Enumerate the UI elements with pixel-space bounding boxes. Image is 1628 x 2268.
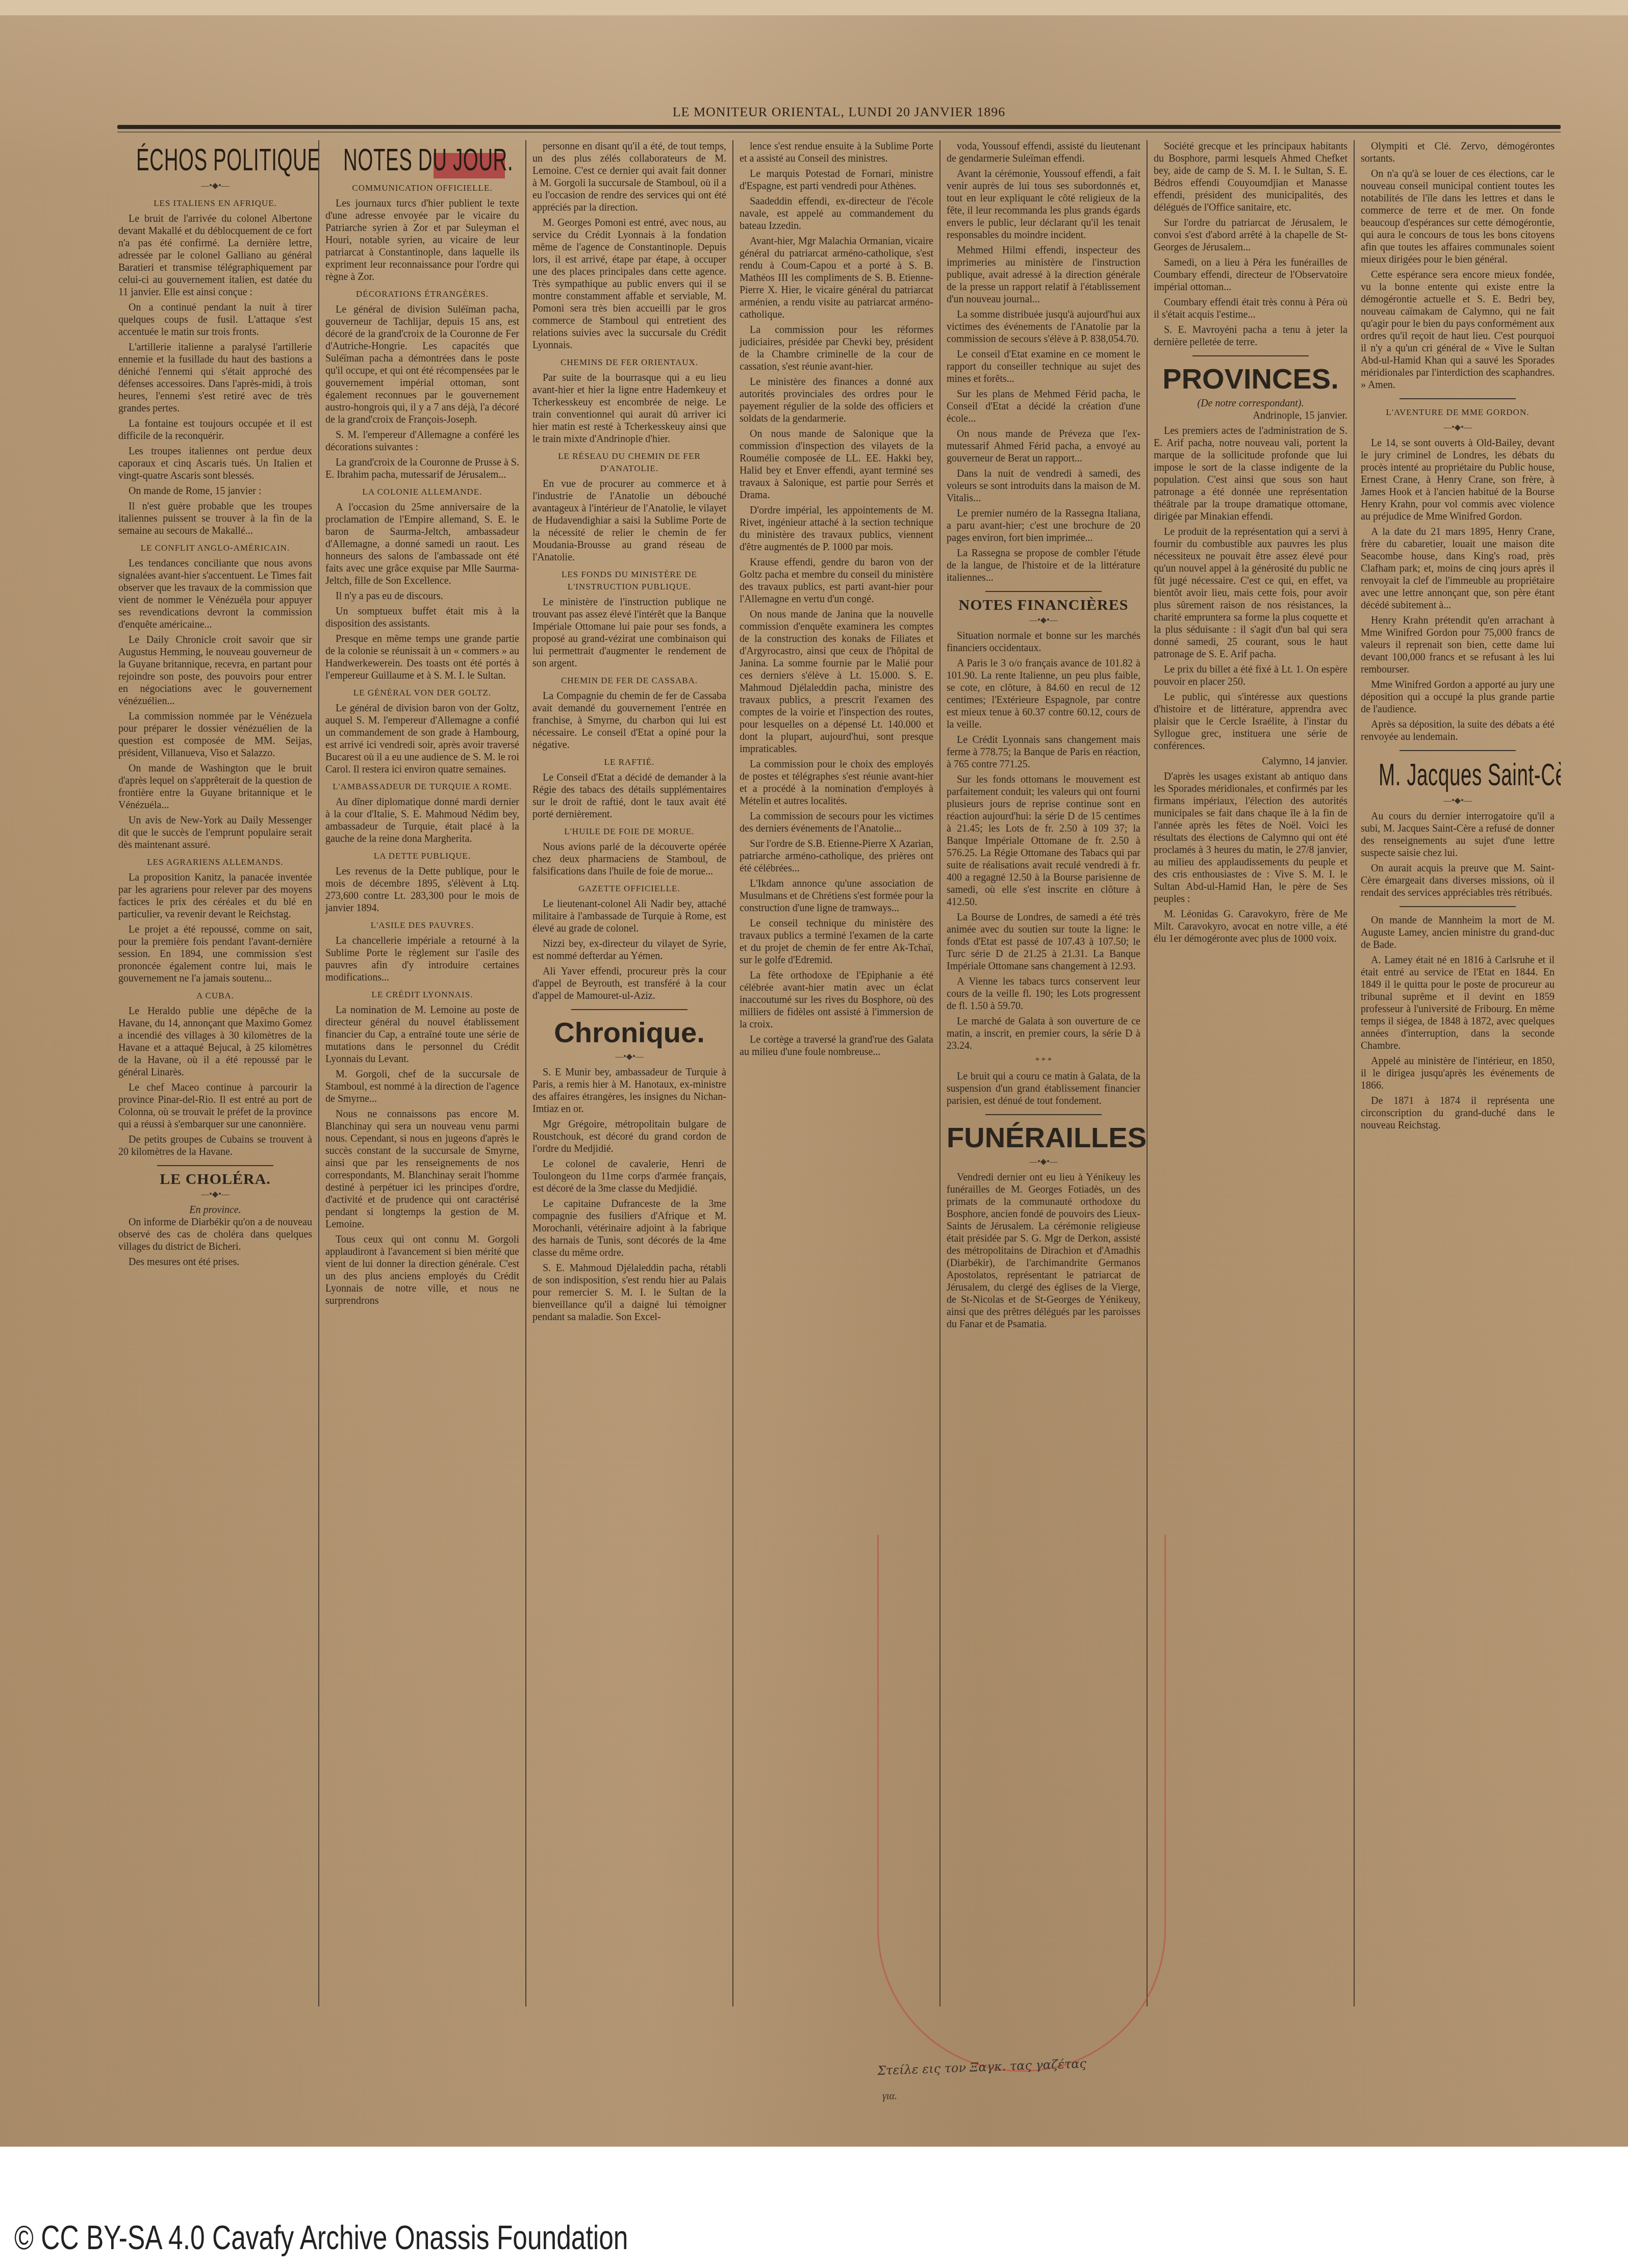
subheading: COMMUNICATION OFFICIELLE. bbox=[325, 182, 519, 194]
section-divider bbox=[157, 1165, 273, 1166]
byline: (De notre correspondant). bbox=[1154, 397, 1347, 409]
column-7: Olympiti et Clé. Zervo, démogérontes sor… bbox=[1354, 140, 1561, 2006]
section-title: NOTES DU JOUR. bbox=[343, 143, 501, 177]
columns: ÉCHOS POLITIQUES—•◆•—LES ITALIENS EN AFR… bbox=[112, 140, 1561, 2006]
paragraph: Situation normale et bonne sur les march… bbox=[947, 630, 1140, 654]
paragraph: Les tendances conciliante que nous avons… bbox=[118, 557, 312, 631]
paragraph: Le prix du billet a été fixé à Lt. 1. On… bbox=[1154, 663, 1347, 688]
subheading: LE CRÉDIT LYONNAIS. bbox=[325, 989, 519, 1001]
paragraph: voda, Youssouf effendi, assisté du lieut… bbox=[947, 140, 1140, 165]
subheading: LE GÉNÉRAL VON DER GOLTZ. bbox=[325, 687, 519, 699]
dateline: Calymno, 14 janvier. bbox=[1154, 755, 1347, 767]
section-divider bbox=[1400, 398, 1516, 399]
paragraph: Le bruit de l'arrivée du colonel Alberto… bbox=[118, 213, 312, 298]
paragraph: Le Crédit Lyonnais sans changement mais … bbox=[947, 734, 1140, 770]
ornament: —•◆•— bbox=[532, 1051, 726, 1063]
ornament: —•◆•— bbox=[947, 614, 1140, 627]
header-rule bbox=[117, 125, 1561, 129]
paragraph: On aurait acquis la preuve que M. Saint-… bbox=[1361, 862, 1555, 899]
subheading: L'ASILE DES PAUVRES. bbox=[325, 919, 519, 932]
paragraph: Tous ceux qui ont connu M. Gorgoli appla… bbox=[325, 1233, 519, 1307]
paragraph: Vendredi dernier ont eu lieu à Yénikeuy … bbox=[947, 1171, 1140, 1330]
paragraph: En vue de procurer au commerce et à l'in… bbox=[532, 478, 726, 563]
section-title: PROVINCES. bbox=[1154, 364, 1347, 394]
paragraph: La commission de secours pour les victim… bbox=[740, 810, 933, 835]
paragraph: Samedi, on a lieu à Péra les funérailles… bbox=[1154, 256, 1347, 293]
ornament: —•◆•— bbox=[947, 1156, 1140, 1168]
section-title: LE CHOLÉRA. bbox=[118, 1173, 312, 1185]
subheading: CHEMIN DE FER DE CASSABA. bbox=[532, 675, 726, 687]
paragraph: Nizzi bey, ex-directeur du vilayet de Sy… bbox=[532, 938, 726, 962]
paragraph: La somme distribuée jusqu'à aujourd'hui … bbox=[947, 308, 1140, 345]
paragraph: Ali Yaver effendi, procureur près la cou… bbox=[532, 965, 726, 1002]
paragraph: Un avis de New-York au Daily Messenger d… bbox=[118, 814, 312, 851]
red-pencil-mark bbox=[877, 1535, 1166, 2072]
paragraph: Au dîner diplomatique donné mardi dernie… bbox=[325, 796, 519, 845]
paragraph: A Paris le 3 o/o français avance de 101.… bbox=[947, 657, 1140, 731]
paragraph: Sur les fonds ottomans le mouvement est … bbox=[947, 774, 1140, 908]
paragraph: Le bruit qui a couru ce matin à Galata, … bbox=[947, 1070, 1140, 1107]
paragraph: D'ordre impérial, les appointements de M… bbox=[740, 504, 933, 553]
column-6: Société grecque et les principaux habita… bbox=[1147, 140, 1354, 2006]
paragraph: Cette espérance sera encore mieux fondée… bbox=[1361, 269, 1555, 391]
paragraph: Le marquis Potestad de Fornari, ministre… bbox=[740, 168, 933, 192]
subheading: LES FONDS DU MINISTÈRE DE L'INSTRUCTION … bbox=[532, 569, 726, 593]
paragraph: Nous avions parlé de la découverte opéré… bbox=[532, 841, 726, 878]
section-divider bbox=[1400, 906, 1516, 907]
column-2: NOTES DU JOUR.COMMUNICATION OFFICIELLE.L… bbox=[318, 140, 525, 2006]
paragraph: La fontaine est toujours occupée et il e… bbox=[118, 418, 312, 442]
paragraph: La Bourse de Londres, de samedi a été tr… bbox=[947, 911, 1140, 972]
paragraph: Le lieutenant-colonel Ali Nadir bey, att… bbox=[532, 898, 726, 935]
paragraph: Sur l'ordre de S.B. Etienne-Pierre X Aza… bbox=[740, 838, 933, 874]
subheading: GAZETTE OFFICIELLE. bbox=[532, 883, 726, 895]
subheading: CHEMINS DE FER ORIENTAUX. bbox=[532, 356, 726, 369]
paragraph: Le premier numéro de la Rassegna Italian… bbox=[947, 507, 1140, 544]
paragraph: Saadeddin effendi, ex-directeur de l'éco… bbox=[740, 195, 933, 232]
paragraph: personne en disant qu'il a été, de tout … bbox=[532, 140, 726, 214]
paragraph: Par suite de la bourrasque qui a eu lieu… bbox=[532, 372, 726, 445]
column-3: personne en disant qu'il a été, de tout … bbox=[525, 140, 732, 2006]
paragraph: Société grecque et les principaux habita… bbox=[1154, 140, 1347, 214]
paragraph: Mme Winifred Gordon a apporté au jury un… bbox=[1361, 679, 1555, 715]
section-title: ÉCHOS POLITIQUES bbox=[136, 143, 294, 177]
paragraph: D'après les usages existant ab antiquo d… bbox=[1154, 770, 1347, 905]
paragraph: Il n'y a pas eu de discours. bbox=[325, 590, 519, 602]
paragraph: Coumbary effendi était très connu à Péra… bbox=[1154, 296, 1347, 321]
paragraph: Le Daily Chronicle croit savoir que sir … bbox=[118, 634, 312, 707]
paragraph: Des mesures ont été prises. bbox=[118, 1256, 312, 1268]
paragraph: La Compagnie du chemin de fer de Cassaba… bbox=[532, 690, 726, 751]
section-divider bbox=[1192, 355, 1309, 356]
paragraph: Le général de division baron von der Gol… bbox=[325, 702, 519, 776]
paragraph: Un somptueux buffet était mis à la dispo… bbox=[325, 605, 519, 630]
subheading: L'HUILE DE FOIE DE MORUE. bbox=[532, 826, 726, 838]
paragraph: Nous ne connaissons pas encore M. Blanch… bbox=[325, 1108, 519, 1230]
paragraph: Le capitaine Dufranceste de la 3me compa… bbox=[532, 1198, 726, 1259]
paragraph: Sur les plans de Mehmed Férid pacha, le … bbox=[947, 388, 1140, 425]
paragraph: De 1871 à 1874 il représenta une circons… bbox=[1361, 1095, 1555, 1131]
paragraph: Le Conseil d'Etat a décidé de demander à… bbox=[532, 771, 726, 820]
paragraph: Dans la nuit de vendredi à samedi, des v… bbox=[947, 468, 1140, 504]
paragraph: Le chef Maceo continue à parcourir la pr… bbox=[118, 1081, 312, 1130]
ornament: —•◆•— bbox=[118, 180, 312, 192]
paragraph: On mande de Mannheim la mort de M. Augus… bbox=[1361, 914, 1555, 951]
byline: En province. bbox=[118, 1204, 312, 1216]
subheading: LE CONFLIT ANGLO-AMÉRICAIN. bbox=[118, 542, 312, 554]
handwritten-note-2: για. bbox=[882, 2091, 897, 2102]
paragraph: Avant la cérémonie, Youssouf effendi, a … bbox=[947, 168, 1140, 241]
newspaper-page: LE MONITEUR ORIENTAL, LUNDI 20 JANVIER 1… bbox=[0, 0, 1628, 2147]
paragraph: On informe de Diarbékir qu'on a de nouve… bbox=[118, 1216, 312, 1253]
paragraph: Le projet a été repoussé, comme on sait,… bbox=[118, 923, 312, 985]
paragraph: Le produit de la représentation qui a se… bbox=[1154, 526, 1347, 660]
paragraph: On nous mande de Janina que la nouvelle … bbox=[740, 608, 933, 755]
paragraph: L'Ikdam annonce qu'une association de Mu… bbox=[740, 878, 933, 914]
column-1: ÉCHOS POLITIQUES—•◆•—LES ITALIENS EN AFR… bbox=[112, 140, 318, 2006]
paragraph: A Vienne les tabacs turcs conservent leu… bbox=[947, 975, 1140, 1012]
masthead: LE MONITEUR ORIENTAL, LUNDI 20 JANVIER 1… bbox=[117, 105, 1561, 120]
dateline: Andrinople, 15 janvier. bbox=[1154, 409, 1347, 422]
subheading: L'AMBASSADEUR DE TURQUIE A ROME. bbox=[325, 781, 519, 793]
paragraph: Les revenus de la Dette publique, pour l… bbox=[325, 865, 519, 914]
paragraph: Le Heraldo publie une dépêche de la Hava… bbox=[118, 1005, 312, 1078]
paragraph: L'artillerie italienne a paralysé l'arti… bbox=[118, 341, 312, 415]
paragraph: On mande de Rome, 15 janvier : bbox=[118, 485, 312, 497]
section-divider bbox=[571, 1009, 688, 1010]
paragraph: Avant-hier, Mgr Malachia Ormanian, vicai… bbox=[740, 235, 933, 321]
paragraph: Appelé au ministère de l'intérieur, en 1… bbox=[1361, 1055, 1555, 1092]
paragraph: Le général de division Suléïman pacha, g… bbox=[325, 303, 519, 426]
section-title: NOTES FINANCIÈRES bbox=[947, 599, 1140, 611]
paragraph: lence s'est rendue ensuite à la Sublime … bbox=[740, 140, 933, 165]
paragraph: Le marché de Galata à son ouverture de c… bbox=[947, 1015, 1140, 1052]
paragraph: La commission nommée par le Vénézuela po… bbox=[118, 710, 312, 759]
section-divider bbox=[985, 591, 1102, 592]
ornament: —•◆•— bbox=[118, 1189, 312, 1201]
subheading: LES AGRARIENS ALLEMANDS. bbox=[118, 856, 312, 868]
paragraph: Krause effendi, gendre du baron von der … bbox=[740, 556, 933, 605]
copyright-footer: © CC BY-SA 4.0 Cavafy Archive Onassis Fo… bbox=[14, 2218, 628, 2257]
paper-top-edge bbox=[0, 0, 1628, 15]
section-title: M. Jacques Saint-Cère. bbox=[1379, 758, 1537, 792]
subheading: L'AVENTURE DE Mme GORDON. bbox=[1361, 406, 1555, 419]
header-rule-thin bbox=[117, 132, 1561, 133]
paragraph: S. M. l'empereur d'Allemagne a conféré l… bbox=[325, 429, 519, 453]
paragraph: La commission pour le choix des employés… bbox=[740, 758, 933, 807]
ornament: * * * bbox=[947, 1055, 1140, 1067]
paragraph: Les troupes italiennes ont perdue deux c… bbox=[118, 445, 312, 482]
subheading: LE RAFTIÉ. bbox=[532, 756, 726, 768]
ornament: —•◆•— bbox=[1361, 795, 1555, 807]
ornament: —•◆•— bbox=[1361, 422, 1555, 434]
paragraph: Les journaux turcs d'hier publient le te… bbox=[325, 197, 519, 283]
paragraph: A la date du 21 mars 1895, Henry Crane, … bbox=[1361, 526, 1555, 611]
handwritten-note: Στείλε εις τον Ξαγκ. τας γαζέτας bbox=[877, 2056, 1087, 2078]
paragraph: Le public, qui s'intéresse aux questions… bbox=[1154, 691, 1347, 752]
paragraph: La Rassegna se propose de combler l'étud… bbox=[947, 547, 1140, 584]
section-divider bbox=[1400, 750, 1516, 751]
paragraph: Le cortège a traversé la grand'rue des G… bbox=[740, 1034, 933, 1058]
paragraph: De petits groupes de Cubains se trouvent… bbox=[118, 1133, 312, 1158]
paragraph: A. Lamey était né en 1816 à Carlsruhe et… bbox=[1361, 954, 1555, 1052]
section-title: Chronique. bbox=[532, 1017, 726, 1048]
paragraph: S. E. Mavroyéni pacha a tenu à jeter la … bbox=[1154, 324, 1347, 348]
paragraph: Au cours du dernier interrogatoire qu'il… bbox=[1361, 810, 1555, 859]
paragraph: S. E Munir bey, ambassadeur de Turquie à… bbox=[532, 1066, 726, 1115]
section-title: FUNÉRAILLES bbox=[947, 1122, 1140, 1153]
paragraph: Sur l'ordre du patriarcat de Jérusalem, … bbox=[1154, 217, 1347, 253]
paragraph: M. Gorgoli, chef de la succursale de Sta… bbox=[325, 1068, 519, 1105]
subheading: LA COLONIE ALLEMANDE. bbox=[325, 486, 519, 498]
paragraph: La chancellerie impériale a retourné à l… bbox=[325, 935, 519, 984]
paragraph: On mande de Washington que le bruit d'ap… bbox=[118, 762, 312, 811]
paragraph: Le conseil technique du ministère des tr… bbox=[740, 917, 933, 966]
paragraph: On n'a qu'à se louer de ces élections, c… bbox=[1361, 168, 1555, 266]
paragraph: La fête orthodoxe de l'Epiphanie a été c… bbox=[740, 969, 933, 1030]
paragraph: Presque en même temps une grande partie … bbox=[325, 633, 519, 682]
paragraph: Il n'est guère probable que les troupes … bbox=[118, 500, 312, 537]
paragraph: S. E. Mahmoud Djélaleddin pacha, rétabli… bbox=[532, 1262, 726, 1323]
paragraph: La commission pour les réformes judiciai… bbox=[740, 324, 933, 373]
paragraph: La nomination de M. Lemoine au poste de … bbox=[325, 1004, 519, 1065]
subheading: A CUBA. bbox=[118, 990, 312, 1002]
paragraph: Le conseil d'Etat examine en ce moment l… bbox=[947, 348, 1140, 385]
paragraph: Le ministère de l'instruction publique n… bbox=[532, 596, 726, 669]
paragraph: Le ministère des finances a donné aux au… bbox=[740, 376, 933, 425]
paragraph: Henry Krahn prétendit qu'en arrachant à … bbox=[1361, 614, 1555, 676]
paragraph: Les premiers actes de l'administration d… bbox=[1154, 425, 1347, 523]
paragraph: Mehmed Hilmi effendi, inspecteur des imp… bbox=[947, 244, 1140, 305]
paragraph: A l'occasion du 25me anniversaire de la … bbox=[325, 501, 519, 587]
paragraph: Olympiti et Clé. Zervo, démogérontes sor… bbox=[1361, 140, 1555, 165]
paragraph: M. Léonidas G. Caravokyro, frère de Me M… bbox=[1154, 908, 1347, 945]
paragraph: Le colonel de cavalerie, Henri de Toulon… bbox=[532, 1158, 726, 1195]
section-divider bbox=[985, 1114, 1102, 1115]
paragraph: On nous mande de Salonique que la commis… bbox=[740, 428, 933, 501]
subheading: LA DETTE PUBLIQUE. bbox=[325, 850, 519, 862]
paragraph: Après sa déposition, la suite des débats… bbox=[1361, 718, 1555, 743]
subheading: DÉCORATIONS ÉTRANGÈRES. bbox=[325, 288, 519, 300]
paragraph: M. Georges Pomoni est entré, avec nous, … bbox=[532, 217, 726, 351]
paragraph: La grand'croix de la Couronne de Prusse … bbox=[325, 456, 519, 481]
paragraph: On a continué pendant la nuit à tirer qu… bbox=[118, 301, 312, 338]
subheading: LES ITALIENS EN AFRIQUE. bbox=[118, 197, 312, 210]
paragraph: La proposition Kanitz, la panacée invent… bbox=[118, 871, 312, 920]
subheading: LE RÉSEAU DU CHEMIN DE FER D'ANATOLIE. bbox=[532, 450, 726, 475]
paragraph: Mgr Grégoire, métropolitain bulgare de R… bbox=[532, 1118, 726, 1155]
paragraph: Le 14, se sont ouverts à Old-Bailey, dev… bbox=[1361, 437, 1555, 523]
paragraph: On nous mande de Préveza que l'ex-mutess… bbox=[947, 428, 1140, 465]
